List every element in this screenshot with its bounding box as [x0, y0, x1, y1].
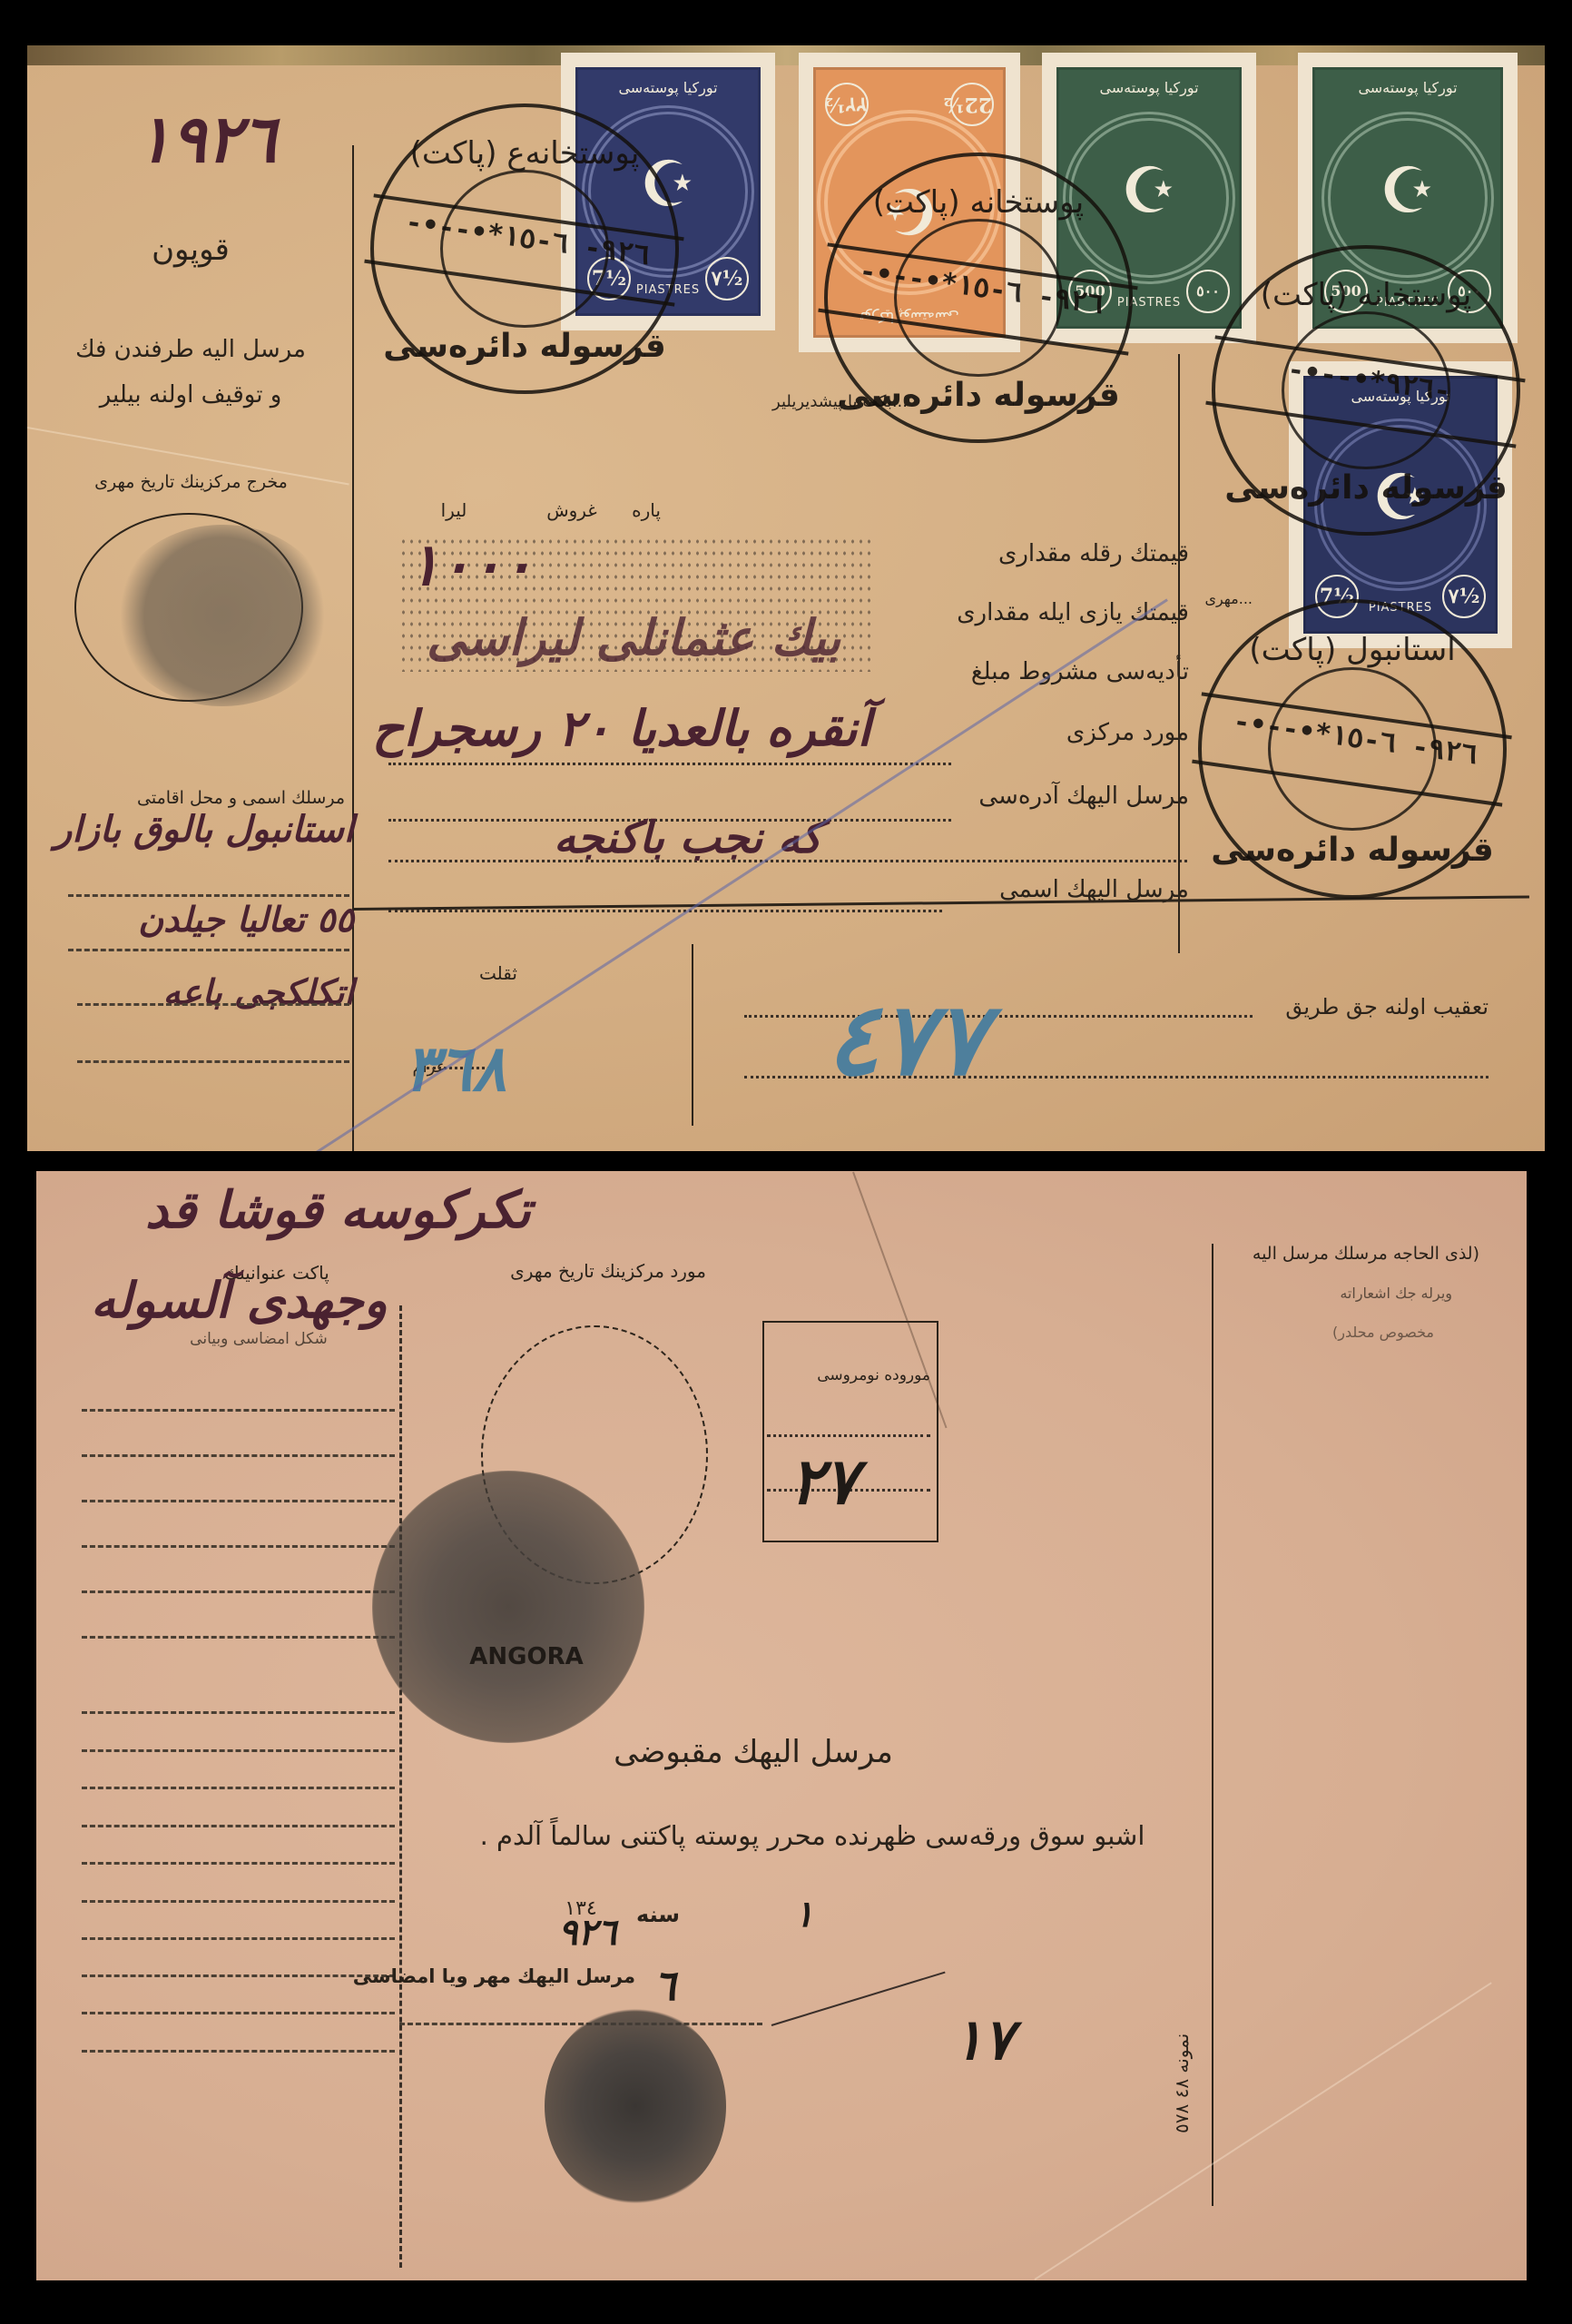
- month-hand: ٦: [653, 1961, 676, 2010]
- arrival-seal-stamp: [372, 1471, 644, 1743]
- weight-hand-value: ٣٦٨: [404, 1030, 506, 1106]
- back-rule-1: [82, 1409, 395, 1412]
- postmark-bottom-text: قرسوله دائره‌سى: [1215, 469, 1517, 507]
- back-rule-8: [82, 1749, 395, 1752]
- box-line-1: [767, 1434, 930, 1437]
- back-hand-line2: وجهدى آلسوله: [91, 1271, 388, 1329]
- postmark-3: پوستخانه (پاكت) -•--•*٩٢٦- قرسوله دائره‌…: [1212, 245, 1520, 536]
- sender-label: مرسلك اسمى و محل اقامتى: [45, 788, 345, 808]
- value-numeric-hand: ١٠٠٠: [408, 531, 534, 599]
- coupon-title: قوپون: [136, 231, 245, 268]
- postmark-top-text: پوستخانه (پاكت): [1215, 277, 1517, 313]
- stamp-caption: توركيا پوسته‌سى: [1315, 79, 1500, 96]
- back-rule-3: [82, 1500, 395, 1502]
- column-lira: ليرا: [427, 499, 481, 521]
- name-line: [388, 910, 942, 912]
- back-rule-2: [82, 1454, 395, 1457]
- receipt-title: مرسل اليهك مقبوضى: [517, 1734, 989, 1770]
- day-hand: ١: [794, 1893, 813, 1935]
- back-hand-line1: تكركوسه قوشا قد: [145, 1180, 531, 1240]
- postmark-4: استانبول (پاكت) -•--•*٩٢٦- ٦-١٥ قرسوله د…: [1198, 599, 1507, 899]
- back-rule-10: [82, 1825, 395, 1827]
- stamp-value-native: ٢٢½: [825, 83, 869, 126]
- recipient-seal: [545, 2006, 726, 2206]
- destination-line: [388, 763, 951, 765]
- postmark-top-text: پوستخانه‌ع (پاكت): [374, 135, 675, 172]
- back-printed-small-line2: شكل امضاسى وبيانى: [145, 1330, 372, 1348]
- back-rule-6: [82, 1636, 395, 1639]
- year-label: سنه: [626, 1902, 690, 1927]
- stamp-value: 22½: [950, 83, 994, 126]
- paper-crease: [1034, 1982, 1491, 2280]
- field-label-destination-office: مورد مركزى: [899, 719, 1189, 746]
- sender-hand-line3: اتكلكجى باعه: [118, 971, 354, 1012]
- back-rule-5: [82, 1590, 395, 1593]
- sender-line-4: [77, 1060, 349, 1063]
- right-note-line3: مخصوص محلدر): [1216, 1324, 1434, 1341]
- field-label-value-numeric: قيمتك رقله مقدارى: [899, 540, 1189, 567]
- back-rule-15: [82, 2012, 395, 2014]
- origin-seal-stamp: [113, 525, 331, 706]
- stamp-date-label: ...مهرى: [1180, 590, 1253, 607]
- back-rule-9: [82, 1787, 395, 1789]
- back-rule-16: [82, 2050, 395, 2053]
- stamp-column-divider: [1178, 354, 1180, 953]
- sender-line-3: [77, 1003, 349, 1006]
- front-side-card: ١٩٢٦ قوپون مرسل اليه طرفندن فك و توقيف ا…: [27, 45, 1545, 1151]
- coupon-note-line1: مرسل اليه طرفندن فك: [45, 336, 336, 363]
- back-rule-7: [82, 1711, 395, 1714]
- sender-hand-line1: استانبول بالوق بازار: [45, 808, 354, 851]
- back-rule-4: [82, 1545, 395, 1548]
- back-rule-14: [82, 1974, 395, 1977]
- route-hand-value: ٤٧٧: [826, 980, 987, 1098]
- receipt-text: اشبو سوق ورقه‌سى ظهرنده محرر پوسته پاكتن…: [418, 1820, 1207, 1851]
- arrival-seal-label: مورد مركزينك تاريخ مهرى: [472, 1260, 744, 1282]
- arrival-number-label: موروده نومروسى: [767, 1366, 930, 1384]
- signature-stroke: [771, 1972, 946, 2026]
- arrival-number-hand: ٢٧: [790, 1443, 858, 1519]
- back-left-divider: [399, 1305, 402, 2268]
- route-label: تعقيب اولنه جق طريق: [1253, 994, 1488, 1019]
- crescent-star-icon: ☪: [1380, 159, 1437, 222]
- stamp-caption: توركيا پوسته‌سى: [1059, 79, 1239, 96]
- signature-label: مرسل اليهك مهر ويا امضاسى: [436, 1965, 635, 1987]
- field-label-recipient-address: مرسل اليهك آدره‌سى: [899, 783, 1189, 810]
- back-rule-12: [82, 1900, 395, 1903]
- postmark-bottom-text: قرسوله دائره‌سى: [828, 377, 1129, 414]
- postmark-bottom-text: قرسوله دائره‌سى: [1202, 832, 1503, 869]
- crescent-star-icon: ☪: [1121, 159, 1178, 222]
- signature-hand: ١٧: [953, 2006, 1014, 2073]
- postmark-1: پوستخانه‌ع (پاكت) -•--•*٩٢٦- ٦-١٥ قرسوله…: [370, 103, 679, 394]
- value-words-hand: بيك عثمانلى ليراسى: [427, 608, 840, 666]
- postmark-top-text: پوستخانه (پاكت): [828, 184, 1129, 221]
- column-para: پاره: [619, 499, 673, 521]
- weight-label: ثقلت: [445, 962, 517, 984]
- handwritten-year: ١٩٢٦: [136, 100, 277, 177]
- coupon-note-line2: و توقيف اولنه بيلير: [45, 381, 336, 409]
- right-note-line2: ويرله جك اشعاراته: [1216, 1285, 1452, 1302]
- back-rule-13: [82, 1937, 395, 1940]
- sender-hand-line2: ٥٥ تعاليا جيلدن: [45, 899, 354, 940]
- postmark-top-text: استانبول (پاكت): [1202, 632, 1503, 668]
- sender-line-2: [68, 949, 349, 951]
- back-side-card: تكركوسه قوشا قد پاكت عنوانينك وجهدى آلسو…: [36, 1171, 1527, 2280]
- postmark-bottom-text: قرسوله دائره‌سى: [374, 328, 675, 365]
- back-rule-11: [82, 1862, 395, 1865]
- year-hand: ٩٢٦: [558, 1911, 616, 1954]
- column-kurus: غروش: [535, 499, 608, 521]
- destination-hand: آنقره بالعديا ٢٠ رسجراح: [372, 699, 871, 757]
- address-hand: كه نجب باكنجه: [554, 812, 822, 863]
- postmark-2: پوستخانه (پاكت) -•--•*٩٢٦- ٦-١٥ قرسوله د…: [824, 153, 1133, 443]
- back-right-divider: [1212, 1244, 1213, 2206]
- weight-divider: [692, 944, 693, 1126]
- right-note-line1: (لذى الحاجه مرسلك مرسل اليه: [1216, 1244, 1479, 1264]
- sender-line-1: [68, 894, 349, 897]
- ankara-seal-text: ANGORA: [408, 1643, 644, 1670]
- stamp-caption: توركيا پوسته‌سى: [578, 79, 758, 96]
- form-number: نمونه ٤٨ ٥٧٨: [1171, 2033, 1193, 2133]
- route-line-1: [744, 1015, 1253, 1018]
